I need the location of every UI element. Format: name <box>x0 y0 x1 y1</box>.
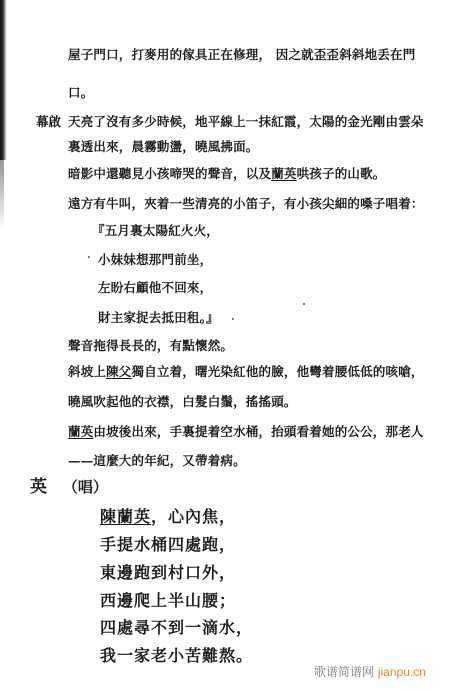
stage-line-4: 遠方有牛叫，夾着一些清亮的小笛子，有小孩尖細的嗓子唱着： <box>68 194 424 212</box>
watermark-en: jianpu.cn <box>378 665 426 679</box>
continuation-line-1: 屋子門口，打麥用的傢具正在修理， 因之就歪歪斜斜地丢在門 <box>68 45 415 63</box>
song-line-5: 四處尋不到一滴水， <box>100 615 253 638</box>
scan-speck <box>108 406 110 408</box>
song-line-3: 東邊跑到村口外， <box>100 560 236 583</box>
scan-speck <box>232 318 234 320</box>
scan-speck <box>88 256 90 258</box>
verse-line-2: 小妹妹想那門前坐， <box>98 250 212 268</box>
stage-line-8: 蘭英由坡後出來，手裏提着空水桶，抬頭看着她的公公，那老人 <box>68 422 424 440</box>
verse-line-1: 『五月裏太陽紅火火， <box>92 221 219 239</box>
watermark: 歌谱简谱网 jianpu.cn <box>314 663 426 680</box>
song-line-2: 手提水桶四處跑， <box>100 532 236 555</box>
scan-border-fade <box>0 160 4 230</box>
watermark-cn: 歌谱简谱网 <box>314 665 374 679</box>
scan-speck <box>303 303 305 305</box>
song-mode: （唱） <box>63 478 108 496</box>
continuation-line-2: 口。 <box>68 83 93 101</box>
stage-line-2: 裏透出來，晨霧動盪，曉風拂面。 <box>68 137 259 155</box>
stage-line-1: 天亮了沒有多少時候，地平線上一抹紅霞，太陽的金光剛由雲朵 <box>68 112 424 130</box>
song-speaker: 英 <box>30 477 47 497</box>
stage-line-7: 曉風吹起他的衣襟，白髮白鬚，搖搖頭。 <box>68 392 297 410</box>
scan-border <box>0 0 7 160</box>
stage-line-3: 暗影中還聽見小孩啼哭的聲音，以及蘭英哄孩子的山歌。 <box>68 164 386 182</box>
stage-direction-label: 幕啟 <box>36 112 61 130</box>
song-line-1: 陳蘭英，心內焦， <box>100 504 236 527</box>
stage-line-5: 聲音拖得長長的，有點懷然。 <box>68 336 233 354</box>
song-line-4: 西邊爬上半山腰； <box>100 588 236 611</box>
verse-line-3: 左盼右顧他不回來， <box>98 278 212 296</box>
stage-line-6: 斜坡上陳父獨自立着，曙光染紅他的臉，他彎着腰低低的咳嗆， <box>68 362 424 380</box>
song-line-6: 我一家老小苦難熬。 <box>100 643 253 666</box>
verse-line-4: 財主家捉去抵田租。』 <box>98 308 219 326</box>
stage-line-9: ——這麼大的年紀，又帶着病。 <box>68 451 246 469</box>
song-heading: 英 （唱） <box>30 472 108 497</box>
